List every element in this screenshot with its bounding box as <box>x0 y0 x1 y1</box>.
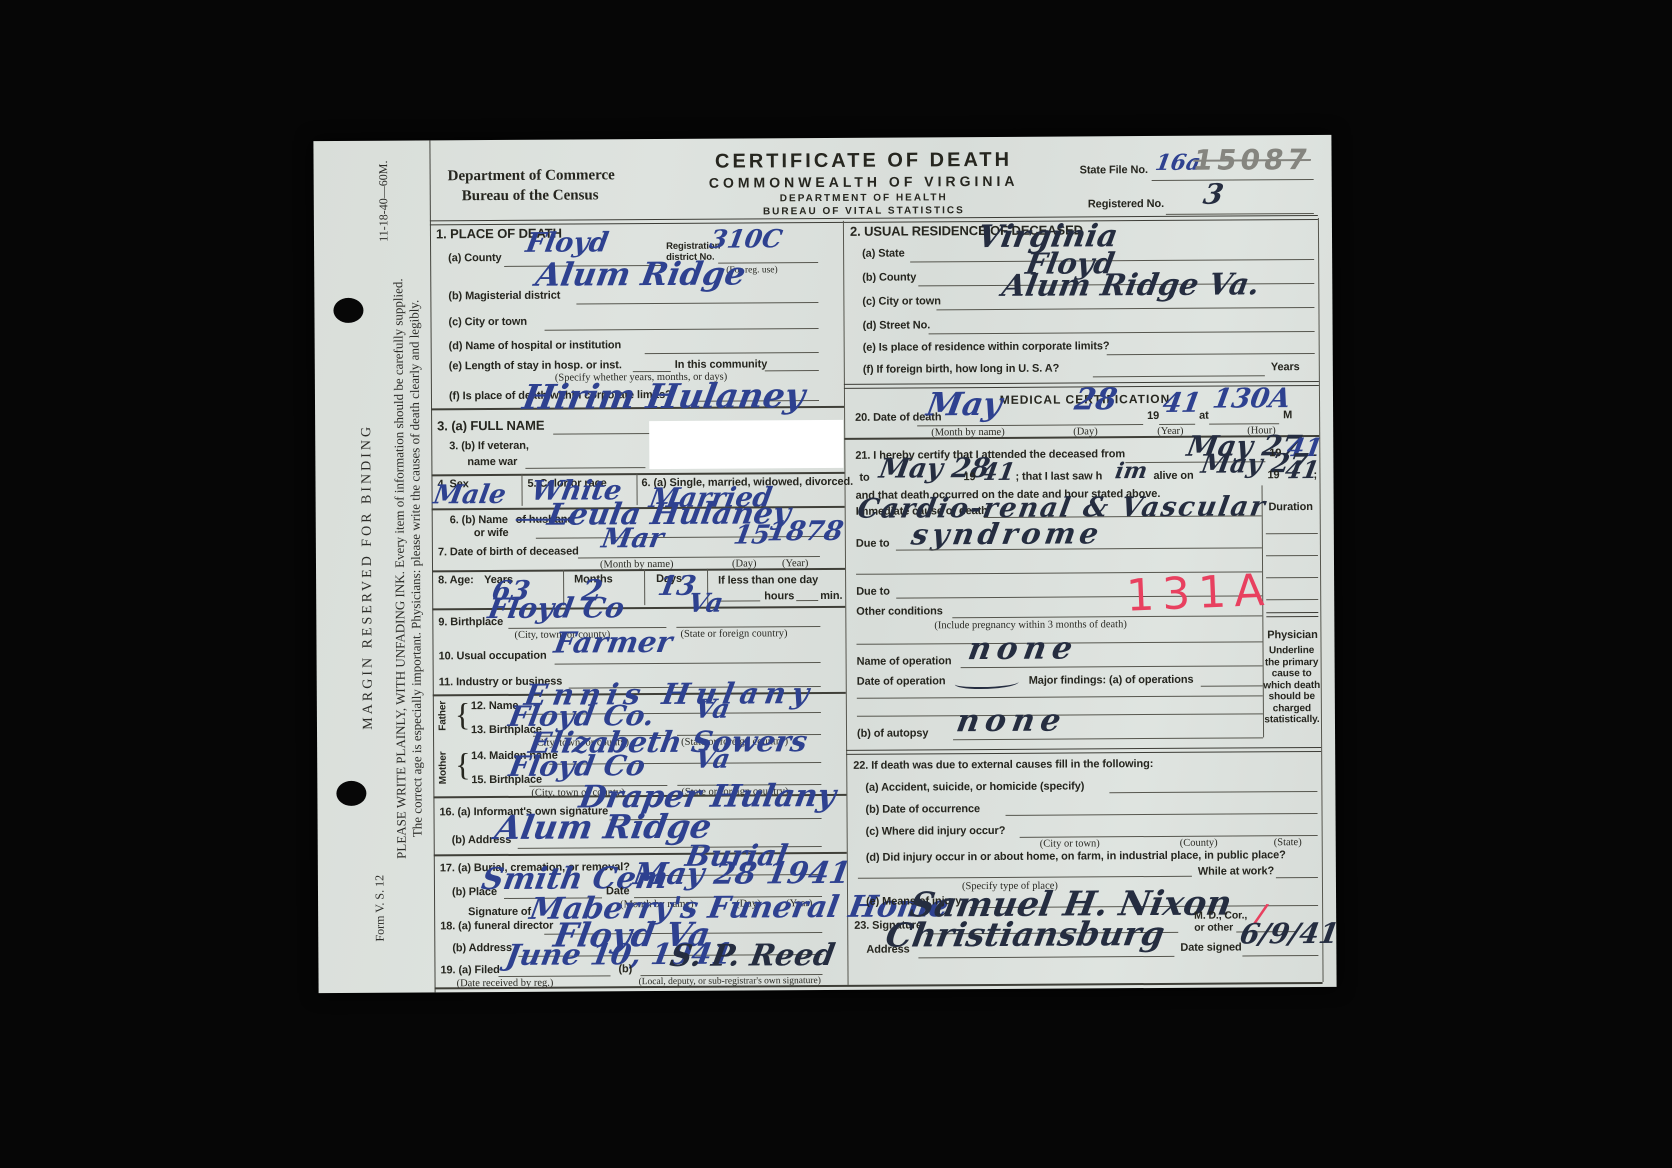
field-22d-label: (d) Did injury occur in or about home, o… <box>866 849 1286 864</box>
field-6b-label-line2: or wife <box>474 527 509 539</box>
strike-squiggle <box>955 677 1019 689</box>
field-2a-label: (a) State <box>862 248 905 260</box>
field-2f-label: (f) If foreign birth, how long in U. S. … <box>863 363 1059 376</box>
field-line <box>1152 179 1314 181</box>
field-21-line2-mid: ; that I last saw h <box>1015 470 1102 483</box>
duration-line <box>1266 599 1318 600</box>
field-23-date-value: 6/9/41 <box>1237 917 1341 951</box>
field-21-line2-end: ; <box>1313 469 1317 481</box>
field-1e-mid: In this community <box>675 358 767 371</box>
field-20-year-prefix: 19 <box>1147 410 1159 422</box>
field-13-state-value: Va <box>692 695 732 725</box>
field-15-state-value: Va <box>693 745 733 775</box>
cause-code-stamp: 131A <box>1125 565 1273 622</box>
field-21-line2-yr: 19 <box>963 471 975 483</box>
section-rule <box>432 568 845 573</box>
field-line <box>499 975 611 977</box>
duration-line <box>1266 555 1318 556</box>
field-9-state-value: Va <box>686 589 726 619</box>
document-bureau: BUREAU OF VITAL STATISTICS <box>694 205 1034 218</box>
field-line <box>1201 685 1263 686</box>
document-title: CERTIFICATE OF DEATH <box>693 149 1033 174</box>
field-22c-sub1: (City or town) <box>1040 838 1100 849</box>
field-21-findings-label: Major findings: (a) of operations <box>1029 674 1194 687</box>
form-right-border <box>1318 218 1324 982</box>
agency-line1: Department of Commerce <box>448 167 615 185</box>
field-21-due1-label: Due to <box>856 538 890 550</box>
field-19a-label: 19. (a) Filed <box>440 964 499 976</box>
field-line <box>1159 424 1195 425</box>
registered-value: 3 <box>1201 178 1226 211</box>
agency-line2: Bureau of the Census <box>462 187 599 205</box>
field-6b-label-prefix: 6. (b) Name <box>450 514 508 526</box>
mother-brace: { <box>455 746 471 783</box>
duration-line <box>1266 577 1318 578</box>
field-21-other-label: Other conditions <box>856 605 942 618</box>
field-line <box>1093 375 1265 377</box>
field-20-year: 41 <box>1160 388 1203 419</box>
field-16b-value: Alum Ridge <box>492 807 714 847</box>
field-1-reg-value: 310C <box>708 224 785 253</box>
mother-side-label: Mother <box>438 746 449 790</box>
field-2c-value: Alum Ridge Va. <box>999 267 1262 304</box>
field-3b-label2: name war <box>467 456 517 468</box>
field-line <box>1107 353 1315 355</box>
field-line <box>918 956 1174 959</box>
field-10-value: Farmer <box>552 625 675 660</box>
field-20-hour: 130A <box>1210 383 1293 415</box>
field-line <box>858 876 1192 879</box>
field-2e-label: (e) Is place of residence within corpora… <box>863 340 1110 354</box>
document-subtitle: COMMONWEALTH OF VIRGINIA <box>694 173 1034 191</box>
field-line <box>1242 955 1318 956</box>
field-21-line2-alive: alive on <box>1153 470 1193 482</box>
field-21-autopsy-value: none <box>954 703 1070 740</box>
field-22c-label: (c) Where did injury occur? <box>866 825 1006 838</box>
field-17-date-value: May 28 1941 <box>631 856 853 892</box>
field-2d-label: (d) Street No. <box>863 319 931 331</box>
field-7-label: 7. Date of birth of deceased <box>438 546 579 559</box>
field-19b-sub: (Local, deputy, or sub-registrar's own s… <box>639 976 821 987</box>
field-23-cred2: or other <box>1194 922 1233 934</box>
field-21-autopsy-label: (b) of autopsy <box>857 727 928 739</box>
cell-divider <box>644 569 645 605</box>
field-19a-sub: (Date received by reg.) <box>457 978 554 990</box>
field-1b-value: Alum Ridge <box>533 254 749 293</box>
field-8-less-label: If less than one day <box>718 574 818 587</box>
field-21-line2-him: im <box>1113 458 1149 484</box>
physician-label: Physician <box>1264 629 1320 641</box>
physician-note: Underline the primary cause to which dea… <box>1261 645 1323 726</box>
field-2f-suffix: Years <box>1271 361 1300 373</box>
field-21-line2-yr2: 19 <box>1267 469 1279 481</box>
field-8-hours-label: hours <box>764 590 794 602</box>
punch-hole <box>333 298 363 323</box>
field-line <box>929 331 1315 334</box>
field-line <box>645 352 819 354</box>
duration-label: Duration <box>1264 501 1318 513</box>
field-line <box>555 662 821 665</box>
field-21-due2-label: Due to <box>856 586 890 598</box>
field-line <box>857 695 1263 698</box>
field-9-place-value: Floyd Co <box>485 591 626 625</box>
field-3b-label1: 3. (b) If veteran, <box>449 440 529 452</box>
death-certificate-document: 11-18-40—60M. MARGIN RESERVED FOR BINDIN… <box>313 135 1336 993</box>
field-1d-label: (d) Name of hospital or institution <box>449 339 622 352</box>
form-bottom-border <box>435 982 1323 989</box>
field-23-cred1: M. D., Cor., <box>1194 909 1247 921</box>
field-19b-value: S. P. Reed <box>667 938 837 974</box>
cell-divider <box>521 474 522 506</box>
field-8-min-label: min. <box>820 590 842 602</box>
field-23-address-value: Christiansburg <box>883 914 1168 955</box>
field-22d-work-label: While at work? <box>1198 865 1274 877</box>
field-21-line2-year: 41 <box>979 457 1017 486</box>
section-rule <box>846 747 1321 755</box>
field-10-label: 10. Usual occupation <box>439 650 547 663</box>
binding-margin-strip: 11-18-40—60M. MARGIN RESERVED FOR BINDIN… <box>313 140 435 993</box>
duration-line <box>1266 533 1318 534</box>
field-20-day: 28 <box>1072 382 1120 417</box>
field-line <box>796 600 818 601</box>
field-line <box>576 302 818 304</box>
field-line <box>525 467 645 469</box>
field-21-opdate-label: Date of operation <box>857 675 946 688</box>
field-line <box>545 328 819 331</box>
father-side-label: Father <box>437 694 448 738</box>
field-22a-label: (a) Accident, suicide, or homicide (spec… <box>865 780 1084 793</box>
field-8-label: 8. Age: <box>438 574 474 586</box>
state-file-label: State File No. <box>1080 164 1148 176</box>
field-19b-label: (b) <box>618 963 632 975</box>
field-20-m-label: M <box>1283 409 1292 421</box>
document-dept: DEPARTMENT OF HEALTH <box>694 192 1034 205</box>
field-3a-label: 3. (a) FULL NAME <box>437 418 544 434</box>
redaction-box <box>649 420 843 469</box>
field-20-month: May <box>924 385 1005 423</box>
field-line <box>1006 813 1318 816</box>
field-18b-label: (b) Address <box>452 942 512 954</box>
field-3a-value: Hirim Hulaney <box>520 376 808 418</box>
field-22c-sub3: (State) <box>1274 837 1302 848</box>
field-line <box>1276 877 1318 878</box>
margin-binding-note: MARGIN RESERVED FOR BINDING <box>359 367 378 787</box>
field-23-date-label: Date signed <box>1180 941 1241 953</box>
father-brace: { <box>455 696 471 733</box>
field-22c-sub2: (County) <box>1180 838 1218 849</box>
field-2c-label: (c) City or town <box>862 295 941 307</box>
field-9-sub-state: (State or foreign country) <box>680 628 787 640</box>
field-2b-label: (b) County <box>862 271 916 283</box>
registered-label: Registered No. <box>1088 198 1164 210</box>
field-1c-label: (c) City or town <box>448 316 527 328</box>
field-line <box>765 370 819 371</box>
field-1e-label: (e) Length of stay in hosp. or inst. <box>449 359 622 372</box>
field-4-value: Male <box>431 480 508 510</box>
margin-form-number: Form V. S. 12 <box>372 838 388 978</box>
field-15-place-value: Floyd Co <box>506 749 647 783</box>
field-7-month: Mar <box>599 523 666 554</box>
field-21-line2-to: to <box>859 472 869 484</box>
field-22-title: 22. If death was due to external causes … <box>853 758 1153 772</box>
field-21-op-value: none <box>965 630 1081 667</box>
field-21-other-note: (Include pregnancy within 3 months of de… <box>934 619 1127 631</box>
field-1a-value: Floyd <box>523 227 610 259</box>
field-line <box>917 424 1143 426</box>
field-line <box>936 307 1314 310</box>
field-line <box>1109 791 1317 793</box>
field-22b-label: (b) Date of occurrence <box>865 803 980 816</box>
field-1a-label: (a) County <box>448 252 501 264</box>
field-20-at-label: at <box>1199 410 1209 422</box>
field-7-year: 1878 <box>765 516 845 547</box>
field-21-due1-value: syndrome <box>909 516 1105 551</box>
duration-rule <box>1266 612 1318 617</box>
margin-instructions: PLEASE WRITE PLAINLY, WITH UNFADING INK.… <box>390 166 427 970</box>
field-18a-label1: Signature of <box>468 906 531 918</box>
state-file-value-pencil: 15087 <box>1191 143 1314 177</box>
field-21-op-label: Name of operation <box>857 655 952 668</box>
